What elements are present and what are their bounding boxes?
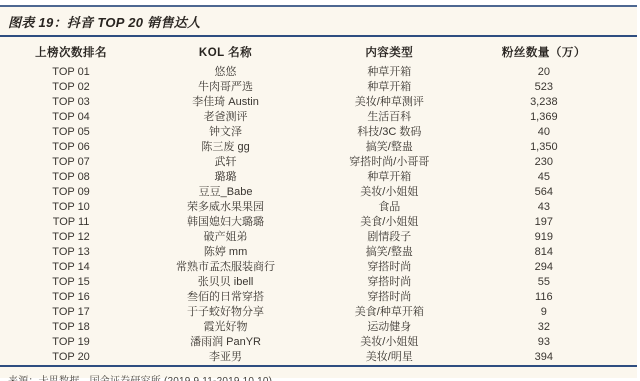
cell-content-type: 穿搭时尚/小哥哥 [309, 155, 470, 170]
cell-fans-count: 9 [470, 305, 618, 320]
cell-content-type: 美食/种草开箱 [309, 305, 470, 320]
cell-rank: TOP 07 [0, 155, 142, 170]
cell-kol-name: 李亚男 [142, 350, 309, 365]
cell-rank: TOP 12 [0, 230, 142, 245]
cell-fans-count: 814 [470, 245, 618, 260]
cell-fans-count: 40 [470, 125, 618, 140]
cell-rank: TOP 11 [0, 215, 142, 230]
cell-content-type: 穿搭时尚 [309, 290, 470, 305]
cell-kol-name: 悠悠 [142, 65, 309, 80]
cell-content-type: 美妆/明星 [309, 350, 470, 365]
cell-rank: TOP 14 [0, 260, 142, 275]
cell-kol-name: 豆豆_Babe [142, 185, 309, 200]
cell-content-type: 种草开箱 [309, 65, 470, 80]
cell-content-type: 运动健身 [309, 320, 470, 335]
table-row: TOP 13 陈婷 mm 搞笑/整蛊 814 [0, 245, 618, 260]
table-body: TOP 01 悠悠 种草开箱 20 TOP 02 牛肉哥严选 种草开箱 523 … [0, 65, 618, 365]
title-divider [0, 35, 637, 37]
table-row: TOP 18 霞光好物 运动健身 32 [0, 320, 618, 335]
cell-content-type: 种草开箱 [309, 80, 470, 95]
cell-fans-count: 1,350 [470, 140, 618, 155]
cell-fans-count: 55 [470, 275, 618, 290]
cell-content-type: 科技/3C 数码 [309, 125, 470, 140]
source-note: 来源：卡思数据，国金证券研究所 (2019.9.11-2019.10.10) [0, 367, 637, 381]
table-row: TOP 08 璐璐 种草开箱 45 [0, 170, 618, 185]
cell-kol-name: 荣多威水果果园 [142, 200, 309, 215]
table-row: TOP 06 陈三废 gg 搞笑/整蛊 1,350 [0, 140, 618, 155]
cell-fans-count: 294 [470, 260, 618, 275]
table-row: TOP 14 常熟市孟杰服装商行 穿搭时尚 294 [0, 260, 618, 275]
cell-fans-count: 919 [470, 230, 618, 245]
cell-rank: TOP 06 [0, 140, 142, 155]
table-row: TOP 12 破产姐弟 剧情段子 919 [0, 230, 618, 245]
cell-rank: TOP 17 [0, 305, 142, 320]
cell-kol-name: 张贝贝 ibell [142, 275, 309, 290]
cell-fans-count: 1,369 [470, 110, 618, 125]
cell-kol-name: 老爸测评 [142, 110, 309, 125]
cell-rank: TOP 18 [0, 320, 142, 335]
cell-kol-name: 璐璐 [142, 170, 309, 185]
cell-kol-name: 叁佰的日常穿搭 [142, 290, 309, 305]
cell-rank: TOP 05 [0, 125, 142, 140]
cell-kol-name: 潘雨润 PanYR [142, 335, 309, 350]
cell-fans-count: 45 [470, 170, 618, 185]
table-row: TOP 03 李佳琦 Austin 美妆/种草测评 3,238 [0, 95, 618, 110]
table-row: TOP 15 张贝贝 ibell 穿搭时尚 55 [0, 275, 618, 290]
cell-fans-count: 564 [470, 185, 618, 200]
cell-fans-count: 3,238 [470, 95, 618, 110]
cell-content-type: 美妆/小姐姐 [309, 335, 470, 350]
cell-kol-name: 武轩 [142, 155, 309, 170]
cell-fans-count: 116 [470, 290, 618, 305]
cell-rank: TOP 13 [0, 245, 142, 260]
table-row: TOP 02 牛肉哥严选 种草开箱 523 [0, 80, 618, 95]
cell-content-type: 穿搭时尚 [309, 260, 470, 275]
cell-kol-name: 于子蛟好物分享 [142, 305, 309, 320]
table-row: TOP 19 潘雨润 PanYR 美妆/小姐姐 93 [0, 335, 618, 350]
cell-kol-name: 陈婷 mm [142, 245, 309, 260]
table-row: TOP 09 豆豆_Babe 美妆/小姐姐 564 [0, 185, 618, 200]
cell-kol-name: 常熟市孟杰服装商行 [142, 260, 309, 275]
cell-fans-count: 523 [470, 80, 618, 95]
cell-rank: TOP 15 [0, 275, 142, 290]
cell-rank: TOP 16 [0, 290, 142, 305]
table-row: TOP 05 钟文泽 科技/3C 数码 40 [0, 125, 618, 140]
cell-content-type: 美妆/种草测评 [309, 95, 470, 110]
table-row: TOP 04 老爸测评 生活百科 1,369 [0, 110, 618, 125]
col-header-rank: 上榜次数排名 [0, 38, 142, 65]
cell-rank: TOP 08 [0, 170, 142, 185]
cell-kol-name: 霞光好物 [142, 320, 309, 335]
cell-kol-name: 韩国媳妇大璐璐 [142, 215, 309, 230]
cell-kol-name: 牛肉哥严选 [142, 80, 309, 95]
cell-kol-name: 陈三废 gg [142, 140, 309, 155]
col-header-content-type: 内容类型 [309, 38, 470, 65]
col-header-kol-name: KOL 名称 [142, 38, 309, 65]
cell-rank: TOP 04 [0, 110, 142, 125]
cell-fans-count: 32 [470, 320, 618, 335]
cell-rank: TOP 10 [0, 200, 142, 215]
table-row: TOP 20 李亚男 美妆/明星 394 [0, 350, 618, 365]
table-row: TOP 11 韩国媳妇大璐璐 美食/小姐姐 197 [0, 215, 618, 230]
figure-title: 图表 19：抖音 TOP 20 销售达人 [0, 7, 637, 35]
table-header-row: 上榜次数排名 KOL 名称 内容类型 粉丝数量（万） [0, 38, 618, 65]
cell-fans-count: 197 [470, 215, 618, 230]
cell-rank: TOP 02 [0, 80, 142, 95]
cell-fans-count: 394 [470, 350, 618, 365]
col-header-fans-count: 粉丝数量（万） [470, 38, 618, 65]
cell-kol-name: 钟文泽 [142, 125, 309, 140]
table-row: TOP 01 悠悠 种草开箱 20 [0, 65, 618, 80]
cell-content-type: 生活百科 [309, 110, 470, 125]
cell-rank: TOP 03 [0, 95, 142, 110]
cell-content-type: 穿搭时尚 [309, 275, 470, 290]
table-row: TOP 07 武轩 穿搭时尚/小哥哥 230 [0, 155, 618, 170]
top-divider [0, 5, 637, 7]
figure-douyin-top20-table: 图表 19：抖音 TOP 20 销售达人 上榜次数排名 KOL 名称 内容类型 … [0, 5, 637, 378]
cell-rank: TOP 19 [0, 335, 142, 350]
cell-fans-count: 93 [470, 335, 618, 350]
kol-ranking-table: 上榜次数排名 KOL 名称 内容类型 粉丝数量（万） TOP 01 悠悠 种草开… [0, 38, 618, 365]
cell-kol-name: 破产姐弟 [142, 230, 309, 245]
cell-kol-name: 李佳琦 Austin [142, 95, 309, 110]
cell-fans-count: 43 [470, 200, 618, 215]
cell-content-type: 食品 [309, 200, 470, 215]
cell-content-type: 搞笑/整蛊 [309, 245, 470, 260]
cell-content-type: 美妆/小姐姐 [309, 185, 470, 200]
table-row: TOP 10 荣多威水果果园 食品 43 [0, 200, 618, 215]
table-row: TOP 16 叁佰的日常穿搭 穿搭时尚 116 [0, 290, 618, 305]
cell-content-type: 搞笑/整蛊 [309, 140, 470, 155]
cell-rank: TOP 20 [0, 350, 142, 365]
cell-content-type: 种草开箱 [309, 170, 470, 185]
table-row: TOP 17 于子蛟好物分享 美食/种草开箱 9 [0, 305, 618, 320]
cell-fans-count: 230 [470, 155, 618, 170]
cell-rank: TOP 09 [0, 185, 142, 200]
cell-content-type: 剧情段子 [309, 230, 470, 245]
cell-rank: TOP 01 [0, 65, 142, 80]
cell-content-type: 美食/小姐姐 [309, 215, 470, 230]
cell-fans-count: 20 [470, 65, 618, 80]
